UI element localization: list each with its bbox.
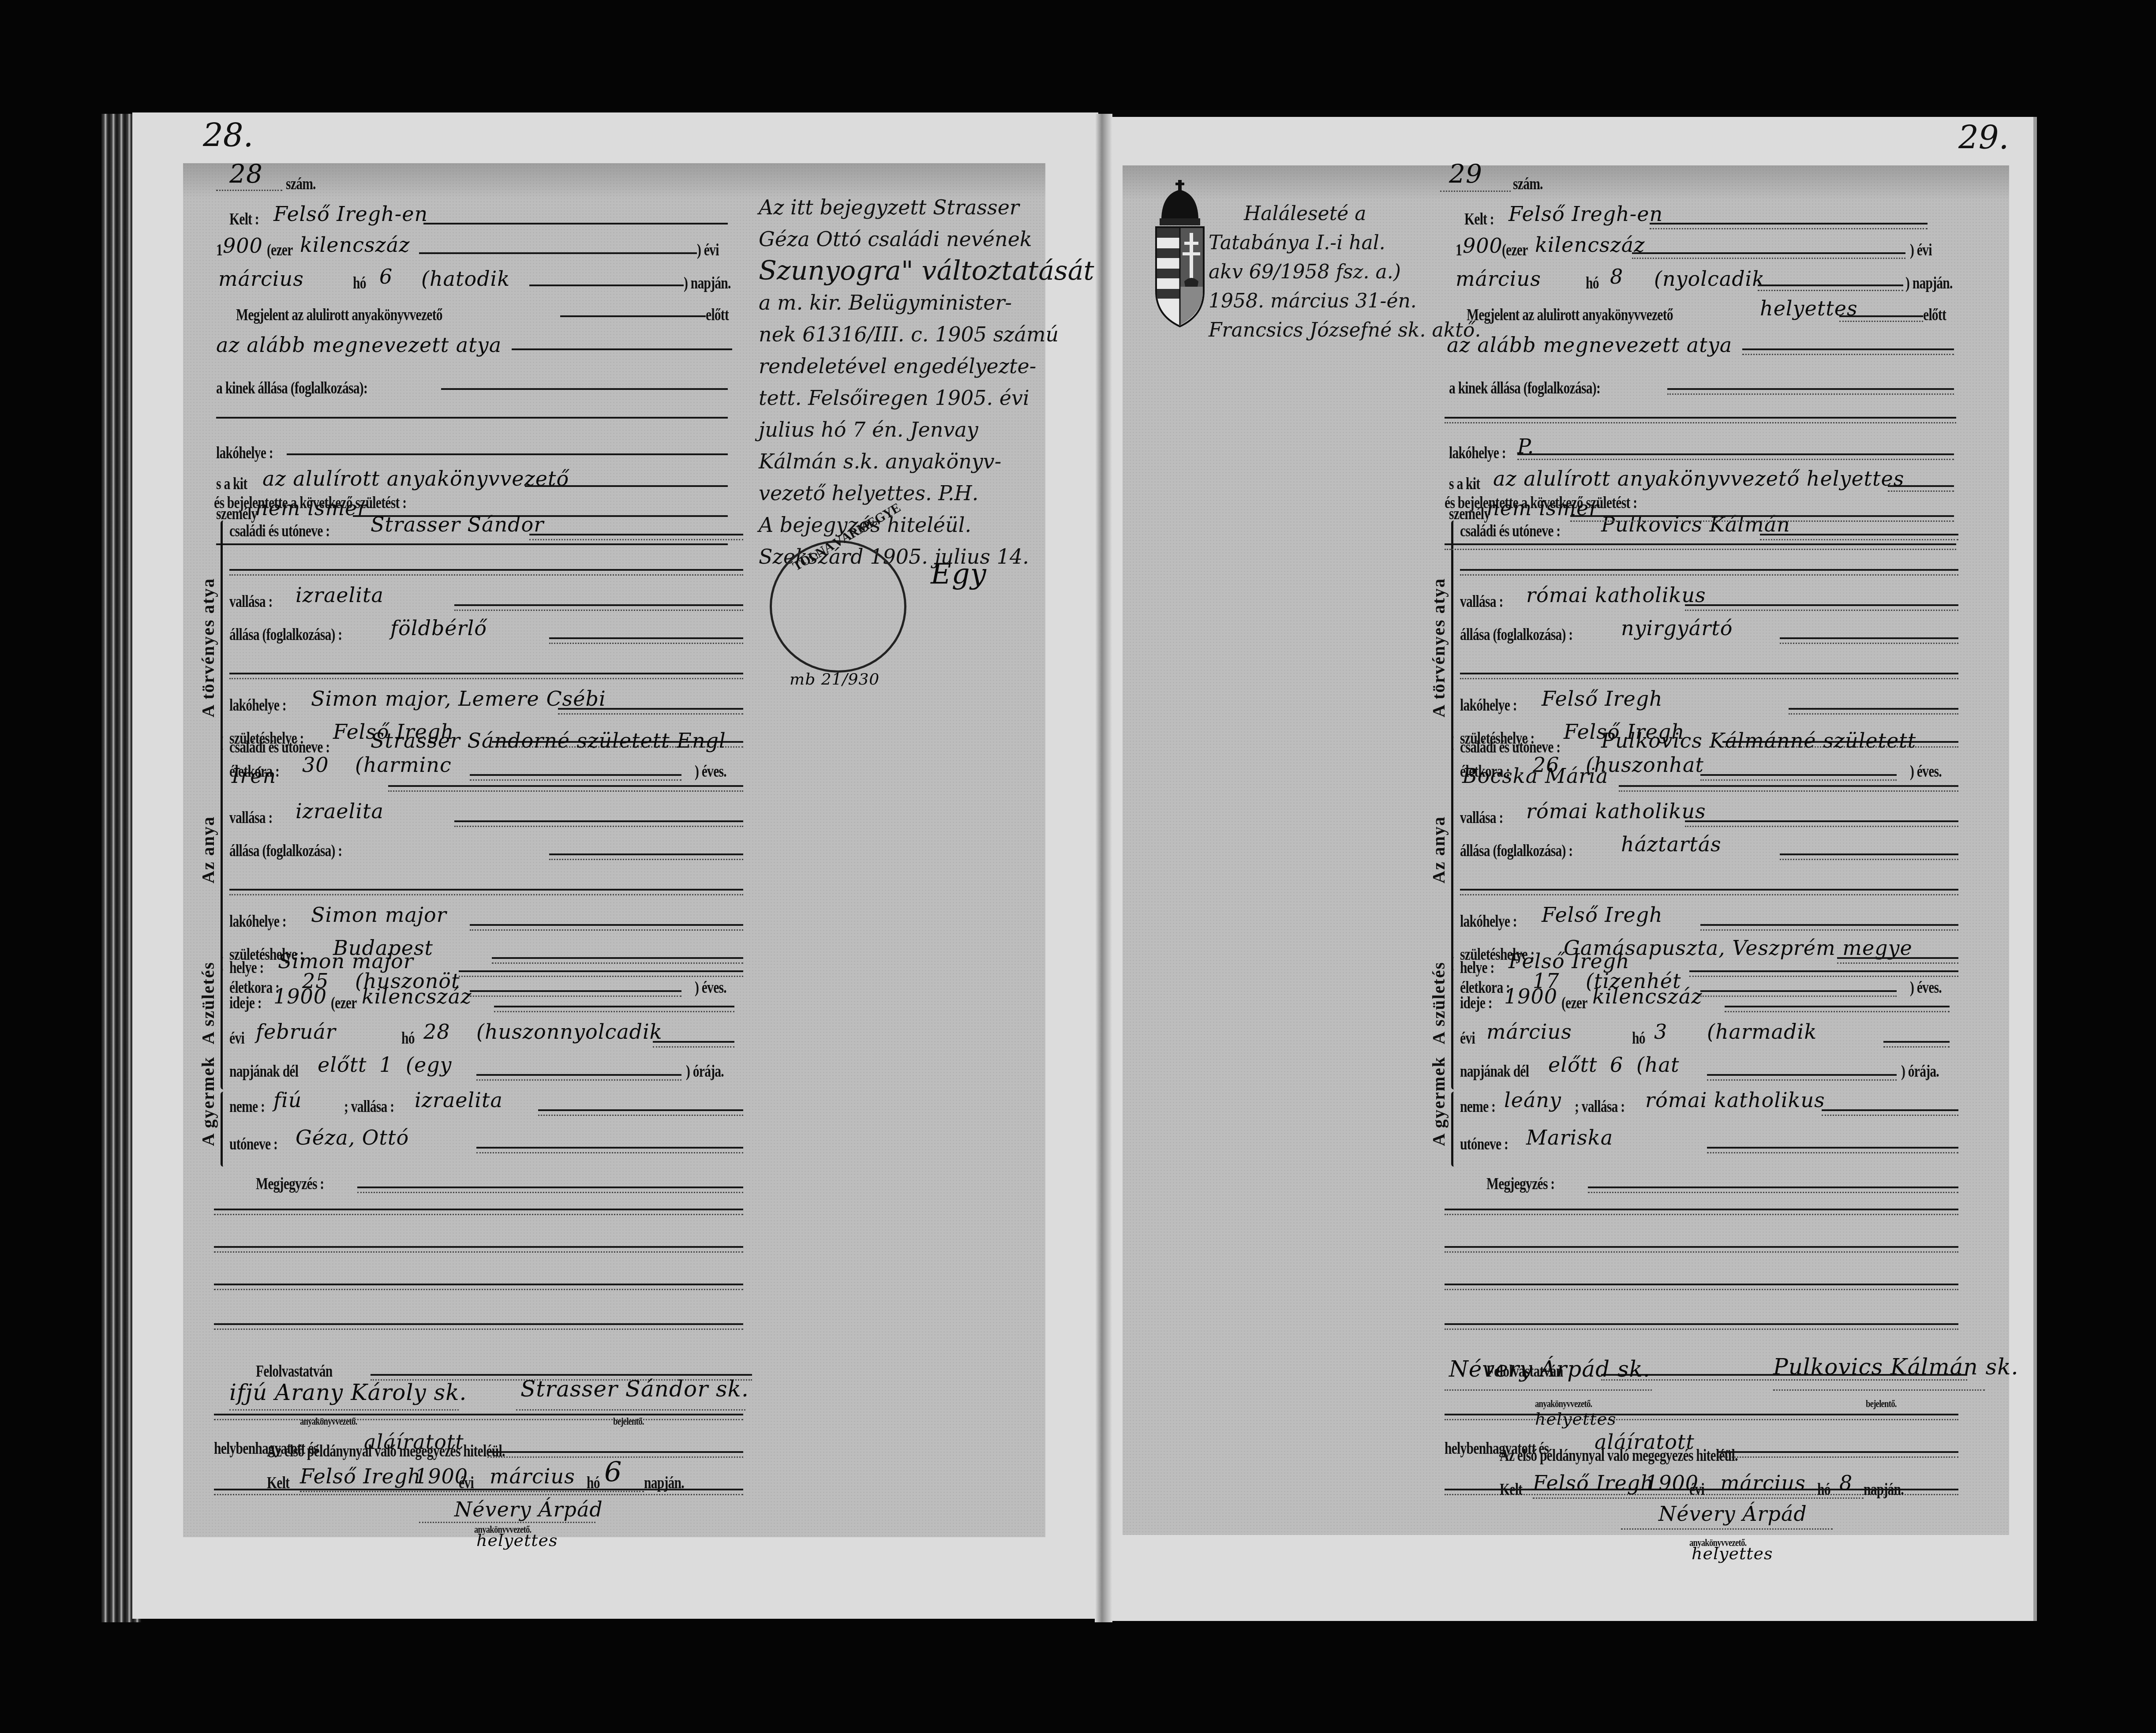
rule bbox=[229, 673, 743, 674]
dotted-line bbox=[1839, 321, 1923, 322]
rule bbox=[419, 252, 697, 254]
felolvastatvan-label: Felolvastatván bbox=[256, 1362, 333, 1381]
mother-residence-label: lakóhelye : bbox=[1460, 912, 1517, 931]
rule bbox=[1780, 853, 1958, 855]
signature-line bbox=[1621, 1528, 1833, 1530]
dotted-line bbox=[653, 1046, 734, 1048]
rule bbox=[1445, 1284, 1958, 1285]
certification-label: Az első példánynyal való megegyezés hite… bbox=[1500, 1446, 1738, 1465]
father-section-label: A törvényes atya bbox=[198, 578, 218, 717]
birth-time-label: ideje : bbox=[229, 993, 262, 1013]
child-sex-label: neme : bbox=[229, 1097, 265, 1116]
dotted-line bbox=[1570, 520, 1954, 522]
rule bbox=[470, 924, 743, 926]
rule bbox=[1685, 820, 1958, 822]
rule bbox=[1822, 1109, 1958, 1111]
day: 6 bbox=[379, 265, 393, 288]
dotted-line bbox=[454, 610, 743, 611]
rule bbox=[1632, 252, 1905, 254]
month: március bbox=[1456, 267, 1541, 291]
birth-year-words: kilencszáz bbox=[362, 984, 472, 1008]
year-words-label: (ezer bbox=[267, 240, 293, 260]
birth-month: február bbox=[256, 1020, 336, 1044]
birth-section-label: A születés bbox=[1428, 962, 1449, 1044]
rule bbox=[1685, 604, 1958, 606]
dotted-line bbox=[214, 1251, 743, 1253]
child-section-label: A gyermek bbox=[198, 1056, 218, 1146]
rule bbox=[1758, 284, 1903, 286]
remarks-label: Megjegyzés : bbox=[1486, 1174, 1554, 1194]
dotted-line bbox=[1780, 859, 1958, 860]
mother-section-label: Az anya bbox=[1428, 816, 1449, 883]
mother-name: Pulkovics Kálmánné született bbox=[1601, 729, 1916, 752]
birth-hour: 1 bbox=[379, 1053, 393, 1077]
rule bbox=[529, 284, 684, 286]
dotted-line bbox=[470, 779, 681, 781]
entry-label: szám. bbox=[1513, 174, 1543, 194]
eves-label: ) éves. bbox=[1910, 978, 1942, 997]
birth-hour-words: (egy bbox=[406, 1053, 452, 1077]
rule bbox=[494, 1006, 734, 1007]
rule bbox=[1700, 990, 1897, 992]
rule bbox=[558, 708, 743, 710]
dotted-line bbox=[1445, 422, 1956, 423]
rule bbox=[1707, 1074, 1897, 1076]
cert-evi-label: évi bbox=[459, 1473, 474, 1493]
rule bbox=[1517, 453, 1954, 455]
day: 8 bbox=[1610, 265, 1623, 288]
birth-day: 28 bbox=[423, 1020, 450, 1044]
birth-place: Felső Iregh bbox=[1508, 949, 1630, 973]
rule bbox=[1888, 485, 1954, 487]
cert-line bbox=[1533, 1497, 1864, 1499]
dotted-line bbox=[558, 713, 743, 715]
dotted-line bbox=[1758, 290, 1903, 291]
birth-day-words: (harmadik bbox=[1707, 1020, 1817, 1044]
margin-note-line: Francsics Józsefné sk. aktő. bbox=[1209, 311, 1481, 350]
official-seal-icon bbox=[770, 540, 906, 673]
certification-label: Az első példánynyal való megegyezés hite… bbox=[267, 1441, 505, 1461]
sakit-value: az alulírott anyakönyvvezető bbox=[262, 467, 569, 490]
mother-name: Strasser Sándorné született Engl bbox=[371, 729, 726, 752]
rule bbox=[487, 1451, 743, 1453]
registrar-signature: ifjú Arany Károly sk. bbox=[229, 1380, 467, 1405]
dotted-line bbox=[1667, 393, 1954, 395]
ho-label: hó bbox=[1586, 273, 1599, 293]
birth-half-day: előtt bbox=[1548, 1053, 1598, 1077]
year-written: 900 bbox=[223, 234, 263, 258]
year-words-label: (ezer bbox=[1502, 240, 1528, 260]
sakit-label: s a kit bbox=[1449, 474, 1480, 494]
rule bbox=[1725, 1006, 1950, 1007]
birth-month: március bbox=[1486, 1020, 1572, 1044]
father-religion-label: vallása : bbox=[229, 592, 273, 611]
dotted-line bbox=[229, 894, 743, 895]
dotted-line bbox=[1725, 1011, 1950, 1012]
rule bbox=[1760, 534, 1958, 535]
rule bbox=[388, 785, 743, 787]
birth-hour: 6 bbox=[1610, 1053, 1623, 1077]
cert-line bbox=[300, 1491, 644, 1492]
occupation-label: a kinek állása (foglalkozása): bbox=[216, 378, 367, 398]
appeared-person: az alább megnevezett atya bbox=[216, 333, 502, 357]
rule bbox=[1700, 924, 1958, 926]
mother-occupation-label: állása (foglalkozása) : bbox=[229, 841, 342, 861]
elott-label: előtt bbox=[1923, 305, 1946, 325]
birth-year-words-label: (ezer bbox=[331, 993, 357, 1013]
appeared-person: az alább megnevezett atya bbox=[1447, 333, 1732, 357]
child-sex-label: neme : bbox=[1460, 1097, 1495, 1116]
rule bbox=[216, 190, 282, 191]
birth-bracket bbox=[221, 957, 226, 1089]
rule bbox=[423, 223, 728, 225]
dotted-line bbox=[214, 1289, 743, 1290]
dotted-line bbox=[476, 1079, 681, 1081]
dotted-line bbox=[1685, 826, 1958, 827]
cert-role-extra: helyettes bbox=[476, 1531, 558, 1550]
dotted-line bbox=[1888, 490, 1954, 492]
signature-line bbox=[1773, 1389, 1985, 1391]
rule bbox=[454, 604, 743, 606]
child-religion: római katholikus bbox=[1645, 1088, 1825, 1112]
dotted-line bbox=[388, 790, 743, 792]
mother-occupation: háztartás bbox=[1621, 832, 1722, 856]
announce-label: és bejelentette a következő születést : bbox=[214, 493, 406, 513]
dotted-line bbox=[549, 859, 743, 860]
father-name-label: családi és utóneve : bbox=[1460, 521, 1560, 541]
birth-place: Simon major bbox=[278, 949, 414, 973]
rule bbox=[229, 889, 743, 891]
rule bbox=[1839, 315, 1923, 317]
rule bbox=[1780, 637, 1958, 639]
rule bbox=[476, 1074, 681, 1076]
rule bbox=[1789, 708, 1958, 710]
coat-of-arms-icon bbox=[1153, 176, 1206, 331]
elott-label: előtt bbox=[706, 305, 729, 325]
cert-signature: Névery Árpád bbox=[454, 1497, 603, 1521]
father-bracket bbox=[221, 520, 226, 750]
dotted-line bbox=[494, 1011, 734, 1012]
dotted-line bbox=[214, 1419, 743, 1420]
rule bbox=[560, 315, 706, 317]
sakit-value: az alulírott anyakönyvvezető helyettes bbox=[1493, 467, 1904, 490]
rule bbox=[1837, 957, 1958, 959]
rule bbox=[214, 1414, 743, 1415]
cert-month: március bbox=[490, 1464, 575, 1488]
child-sex: leány bbox=[1504, 1088, 1561, 1112]
birth-ho-label: hó bbox=[1632, 1029, 1645, 1048]
rule bbox=[653, 1041, 734, 1043]
mother-name-label: családi és utóneve : bbox=[1460, 737, 1560, 757]
rule bbox=[549, 853, 743, 855]
eves-label: ) éves. bbox=[1910, 762, 1942, 781]
eves-label: ) éves. bbox=[695, 978, 726, 997]
rule bbox=[216, 417, 728, 419]
birth-place-label: helye : bbox=[1460, 958, 1494, 977]
napjan-label: ) napján. bbox=[684, 273, 731, 293]
dotted-line bbox=[1445, 1419, 1958, 1420]
child-bracket bbox=[1451, 1092, 1457, 1167]
szemely-label: személy bbox=[1449, 504, 1490, 524]
rule bbox=[1742, 348, 1954, 350]
father-religion-label: vallása : bbox=[1460, 592, 1503, 611]
rule bbox=[512, 348, 732, 350]
year-words: kilencszáz bbox=[300, 233, 410, 257]
rule bbox=[476, 1147, 743, 1149]
dotted-line bbox=[1789, 713, 1958, 715]
page-number: 29. bbox=[1958, 119, 2009, 156]
cert-day: 6 bbox=[604, 1456, 622, 1488]
rule bbox=[1570, 515, 1954, 517]
child-sex: fiú bbox=[273, 1088, 302, 1112]
dotted-line bbox=[229, 574, 743, 576]
registrar-signature: Névery Árpád sk. bbox=[1449, 1356, 1651, 1382]
mother-name-line2: Bocska Mária bbox=[1462, 764, 1608, 788]
rule bbox=[470, 990, 681, 992]
kelt-label: Kelt : bbox=[1464, 210, 1494, 229]
child-given-name: Mariska bbox=[1526, 1126, 1613, 1149]
dotted-line bbox=[1760, 539, 1958, 540]
child-given-name-label: utóneve : bbox=[229, 1134, 277, 1154]
dotted-line bbox=[1445, 1329, 1958, 1330]
dotted-line bbox=[1445, 549, 1956, 550]
dotted-line bbox=[1619, 790, 1958, 792]
rule bbox=[1445, 417, 1956, 419]
informant-signature: Pulkovics Kálmán sk. bbox=[1773, 1354, 2018, 1380]
birth-bracket bbox=[1451, 957, 1457, 1089]
dotted-line bbox=[1632, 258, 1905, 259]
rule bbox=[287, 453, 728, 455]
mother-section-label: Az anya bbox=[198, 816, 218, 883]
rule bbox=[214, 1246, 743, 1248]
page-number: 28. bbox=[203, 117, 254, 154]
child-given-name: Géza, Ottó bbox=[296, 1126, 409, 1149]
birth-year: 1900 bbox=[1504, 984, 1557, 1008]
day-words: (hatodik bbox=[421, 267, 510, 291]
dotted-line bbox=[1689, 976, 1958, 977]
rule bbox=[1440, 191, 1511, 192]
dotted-line bbox=[1822, 1115, 1958, 1116]
book-gutter bbox=[1095, 114, 1112, 1622]
child-religion: izraelita bbox=[415, 1088, 503, 1112]
residence-label: lakóhelye : bbox=[216, 443, 273, 463]
birth-napjanak-label: napjának dél bbox=[229, 1062, 298, 1081]
birth-place-label: helye : bbox=[229, 958, 264, 977]
signature-line bbox=[419, 1522, 595, 1523]
mother-religion: római katholikus bbox=[1526, 799, 1706, 823]
rule bbox=[214, 1323, 743, 1325]
rule bbox=[1460, 673, 1958, 674]
signature-line bbox=[516, 1409, 745, 1411]
occupation-label: a kinek állása (foglalkozása): bbox=[1449, 378, 1600, 398]
father-occupation: földbérlő bbox=[390, 616, 487, 640]
dotted-line bbox=[1460, 894, 1958, 895]
father-residence-label: lakóhelye : bbox=[1460, 696, 1517, 715]
birth-day: 3 bbox=[1654, 1020, 1667, 1044]
child-bracket bbox=[221, 1092, 226, 1167]
cert-evi-label: évi bbox=[1689, 1480, 1704, 1499]
rule bbox=[1445, 1414, 1958, 1415]
birth-day-words: (huszonnyolcadik bbox=[476, 1020, 663, 1044]
dotted-line bbox=[357, 1192, 743, 1193]
cert-kelt-label: Kelt bbox=[267, 1473, 289, 1493]
cert-napjan-label: napján. bbox=[644, 1473, 684, 1493]
rule bbox=[549, 637, 743, 639]
cert-place: Felső Iregh bbox=[1533, 1471, 1654, 1495]
dotted-line bbox=[214, 1329, 743, 1330]
rule bbox=[529, 534, 743, 535]
father-occupation-label: állása (foglalkozása) : bbox=[1460, 625, 1572, 644]
father-section-label: A törvényes atya bbox=[1428, 578, 1449, 717]
rule bbox=[1445, 1246, 1958, 1248]
day-words: (nyolcadik bbox=[1654, 267, 1765, 291]
ho-label: hó bbox=[353, 273, 366, 293]
entry-label: szám. bbox=[286, 174, 316, 194]
mother-residence: Simon major bbox=[311, 903, 447, 927]
dotted-line bbox=[1700, 779, 1897, 781]
registrar-label: anyakönyvvezető. bbox=[1535, 1398, 1592, 1410]
dotted-line bbox=[1650, 228, 1928, 229]
rule bbox=[454, 820, 743, 822]
birth-ho-label: hó bbox=[401, 1029, 415, 1048]
cert-place: Felső Iregh bbox=[300, 1464, 421, 1488]
napjan-label: ) napján. bbox=[1905, 273, 1953, 293]
birth-evi-label: évi bbox=[229, 1029, 244, 1048]
child-religion-label: ; vallása : bbox=[1575, 1097, 1624, 1116]
evi-label: ) évi bbox=[697, 240, 719, 260]
dotted-line bbox=[1445, 1289, 1958, 1290]
dotted-line bbox=[476, 1152, 743, 1153]
dotted-line bbox=[214, 1494, 743, 1495]
cert-role-extra: helyettes bbox=[1692, 1544, 1773, 1563]
rule bbox=[470, 774, 681, 776]
father-name-label: családi és utóneve : bbox=[229, 521, 329, 541]
dotted-line bbox=[229, 678, 743, 679]
rule bbox=[1619, 785, 1958, 787]
cert-ho-label: hó bbox=[1817, 1480, 1830, 1499]
rule bbox=[1588, 1187, 1958, 1188]
evi-label: ) évi bbox=[1910, 240, 1932, 260]
rule bbox=[1883, 1041, 1950, 1043]
rule bbox=[1445, 1209, 1958, 1210]
megjelent-label: Megjelent az alulirott anyakönyvvezető bbox=[236, 305, 442, 325]
cert-kelt-label: Kelt bbox=[1500, 1480, 1522, 1499]
rule bbox=[214, 1209, 743, 1210]
rule bbox=[441, 388, 728, 390]
rule bbox=[1667, 388, 1954, 390]
dotted-line bbox=[1445, 1214, 1958, 1215]
rule bbox=[216, 543, 728, 545]
informant-signature: Strasser Sándor sk. bbox=[520, 1376, 749, 1402]
dotted-line bbox=[1707, 1152, 1958, 1153]
rule bbox=[1700, 774, 1897, 776]
month: március bbox=[218, 267, 304, 291]
dotted-line bbox=[1742, 354, 1954, 355]
birth-time-label: ideje : bbox=[1460, 993, 1492, 1013]
rule bbox=[1445, 543, 1956, 545]
mother-religion-label: vallása : bbox=[229, 808, 273, 827]
rule bbox=[214, 1284, 743, 1285]
father-religion: római katholikus bbox=[1526, 583, 1706, 607]
kelt-label: Kelt : bbox=[229, 210, 259, 229]
sakit-label: s a kit bbox=[216, 474, 247, 494]
rule bbox=[229, 569, 743, 571]
cert-day: 8 bbox=[1839, 1471, 1853, 1495]
rule bbox=[1707, 1147, 1958, 1149]
birth-year-words: kilencszáz bbox=[1592, 984, 1702, 1008]
mother-bracket bbox=[221, 737, 226, 970]
kelt-place: Felső Iregh-en bbox=[273, 202, 428, 226]
dotted-line bbox=[538, 1115, 743, 1116]
year-prefix: 1 bbox=[1456, 240, 1462, 260]
year-words: kilencszáz bbox=[1535, 233, 1645, 257]
dotted-line bbox=[1588, 1192, 1958, 1193]
father-residence: Felső Iregh bbox=[1542, 687, 1663, 711]
mother-name-label: családi és utóneve : bbox=[229, 737, 329, 757]
rule bbox=[371, 1374, 752, 1376]
entry-number: 28 bbox=[229, 159, 263, 189]
dotted-line bbox=[1780, 643, 1958, 644]
father-age-words: (harminc bbox=[355, 753, 452, 777]
dotted-line bbox=[1685, 610, 1958, 611]
dotted-line bbox=[1883, 1046, 1950, 1048]
mother-religion-label: vallása : bbox=[1460, 808, 1503, 827]
cert-ho-label: hó bbox=[587, 1473, 600, 1493]
eves-label: ) éves. bbox=[695, 762, 726, 781]
birth-year-words-label: (ezer bbox=[1561, 993, 1587, 1013]
dotted-line bbox=[459, 976, 743, 977]
dotted-line bbox=[492, 962, 743, 964]
year-written: 900 bbox=[1463, 234, 1503, 258]
dotted-line bbox=[1517, 459, 1954, 460]
rule bbox=[1689, 970, 1958, 972]
father-residence-label: lakóhelye : bbox=[229, 696, 286, 715]
dotted-line bbox=[470, 929, 743, 931]
birth-section-label: A születés bbox=[198, 962, 218, 1044]
mother-occupation-label: állása (foglalkozása) : bbox=[1460, 841, 1572, 861]
informant-label: bejelentő. bbox=[1866, 1398, 1897, 1410]
dotted-line bbox=[1837, 962, 1958, 964]
child-section-label: A gyermek bbox=[1428, 1056, 1449, 1146]
birth-year: 1900 bbox=[273, 984, 327, 1008]
rule bbox=[459, 970, 743, 972]
dotted-line bbox=[1700, 929, 1958, 931]
signature-line bbox=[1445, 1389, 1652, 1391]
dotted-line bbox=[1460, 574, 1958, 576]
oraja-label: ) órája. bbox=[1901, 1062, 1939, 1081]
dotted-line bbox=[529, 539, 743, 540]
registrar-role-extra: helyettes bbox=[1535, 1409, 1617, 1429]
child-religion-label: ; vallása : bbox=[344, 1097, 394, 1116]
father-residence: Simon major, Lemere Csébi bbox=[311, 687, 606, 711]
dotted-line bbox=[1460, 678, 1958, 679]
mother-residence-label: lakóhelye : bbox=[229, 912, 286, 931]
year-prefix: 1 bbox=[216, 240, 222, 260]
birth-half-day: előtt bbox=[318, 1053, 367, 1077]
informant-label: bejelentő. bbox=[613, 1416, 644, 1428]
rule bbox=[1718, 1451, 1958, 1453]
rule bbox=[538, 1109, 743, 1111]
father-occupation-label: állása (foglalkozása) : bbox=[229, 625, 342, 644]
rule bbox=[1445, 1323, 1958, 1325]
kelt-place: Felső Iregh-en bbox=[1508, 202, 1663, 226]
birth-evi-label: évi bbox=[1460, 1029, 1475, 1048]
dotted-line bbox=[549, 643, 743, 644]
cert-signature: Névery Árpád bbox=[1658, 1502, 1807, 1526]
residence-label: lakóhelye : bbox=[1449, 443, 1506, 463]
rule bbox=[357, 1187, 743, 1188]
child-given-name-label: utóneve : bbox=[1460, 1134, 1508, 1154]
